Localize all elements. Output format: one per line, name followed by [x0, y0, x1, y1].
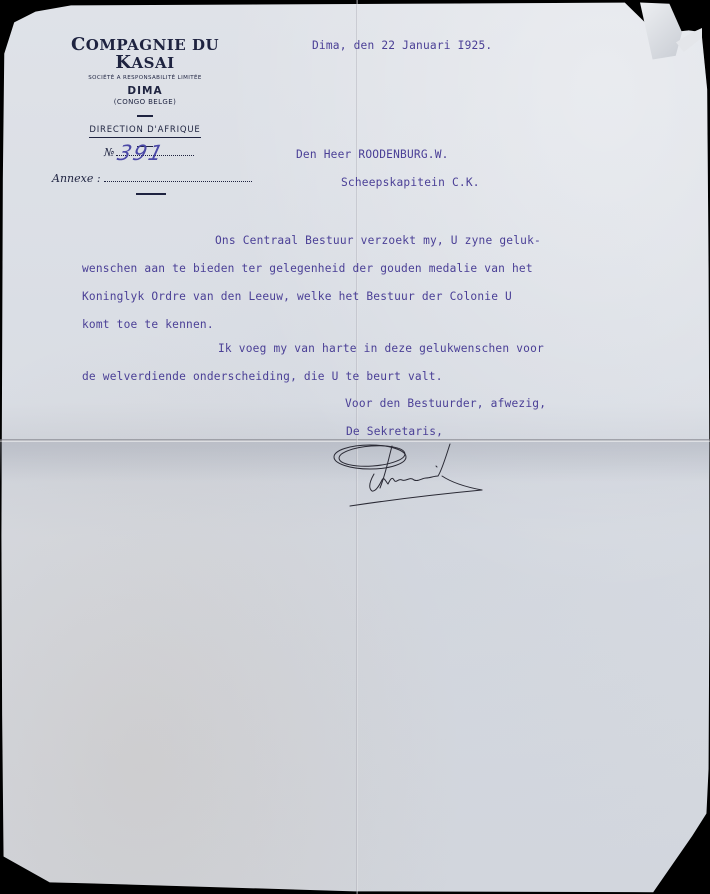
closing-line: Voor den Bestuurder, afwezig, [345, 397, 546, 410]
letterhead-country: (CONGO BELGE) [40, 98, 250, 106]
body-line: Koninglyk Ordre van den Leeuw, welke het… [82, 290, 512, 303]
body-line: Ons Centraal Bestuur verzoekt my, U zyne… [215, 234, 541, 247]
letterhead: COMPAGNIE DU KASAI SOCIÉTÉ A RESPONSABIL… [40, 36, 250, 147]
annexe-field [104, 181, 252, 182]
body-line: wenschen aan te bieden ter gelegenheid d… [82, 262, 533, 275]
recipient-title: Scheepskapitein C.K. [341, 176, 480, 189]
date-line: Dima, den 22 Januari I925. [312, 39, 492, 52]
signature [330, 436, 530, 516]
department: DIRECTION D'AFRIQUE [89, 125, 200, 138]
letterhead-city: DIMA [40, 85, 250, 97]
body-line: Ik voeg my van harte in deze gelukwensch… [218, 342, 544, 355]
divider [136, 193, 166, 195]
reference-number-field: 391 [116, 155, 194, 156]
annexe-row: Annexe : [52, 172, 252, 185]
annexe-label: Annexe : [52, 172, 101, 185]
company-name: COMPAGNIE DU KASAI [40, 36, 250, 72]
number-label: № [104, 146, 114, 159]
body-line: komt toe te kennen. [82, 318, 214, 331]
document-stage: COMPAGNIE DU KASAI SOCIÉTÉ A RESPONSABIL… [0, 0, 710, 894]
handwritten-reference-number: 391 [115, 141, 167, 165]
legal-form: SOCIÉTÉ A RESPONSABILITÉ LIMITÉE [40, 75, 250, 81]
reference-number-row: № 391 [104, 146, 194, 159]
divider [137, 115, 153, 117]
body-line: de welverdiende onderscheiding, die U te… [82, 370, 443, 383]
recipient-name: Den Heer ROODENBURG.W. [296, 148, 449, 161]
